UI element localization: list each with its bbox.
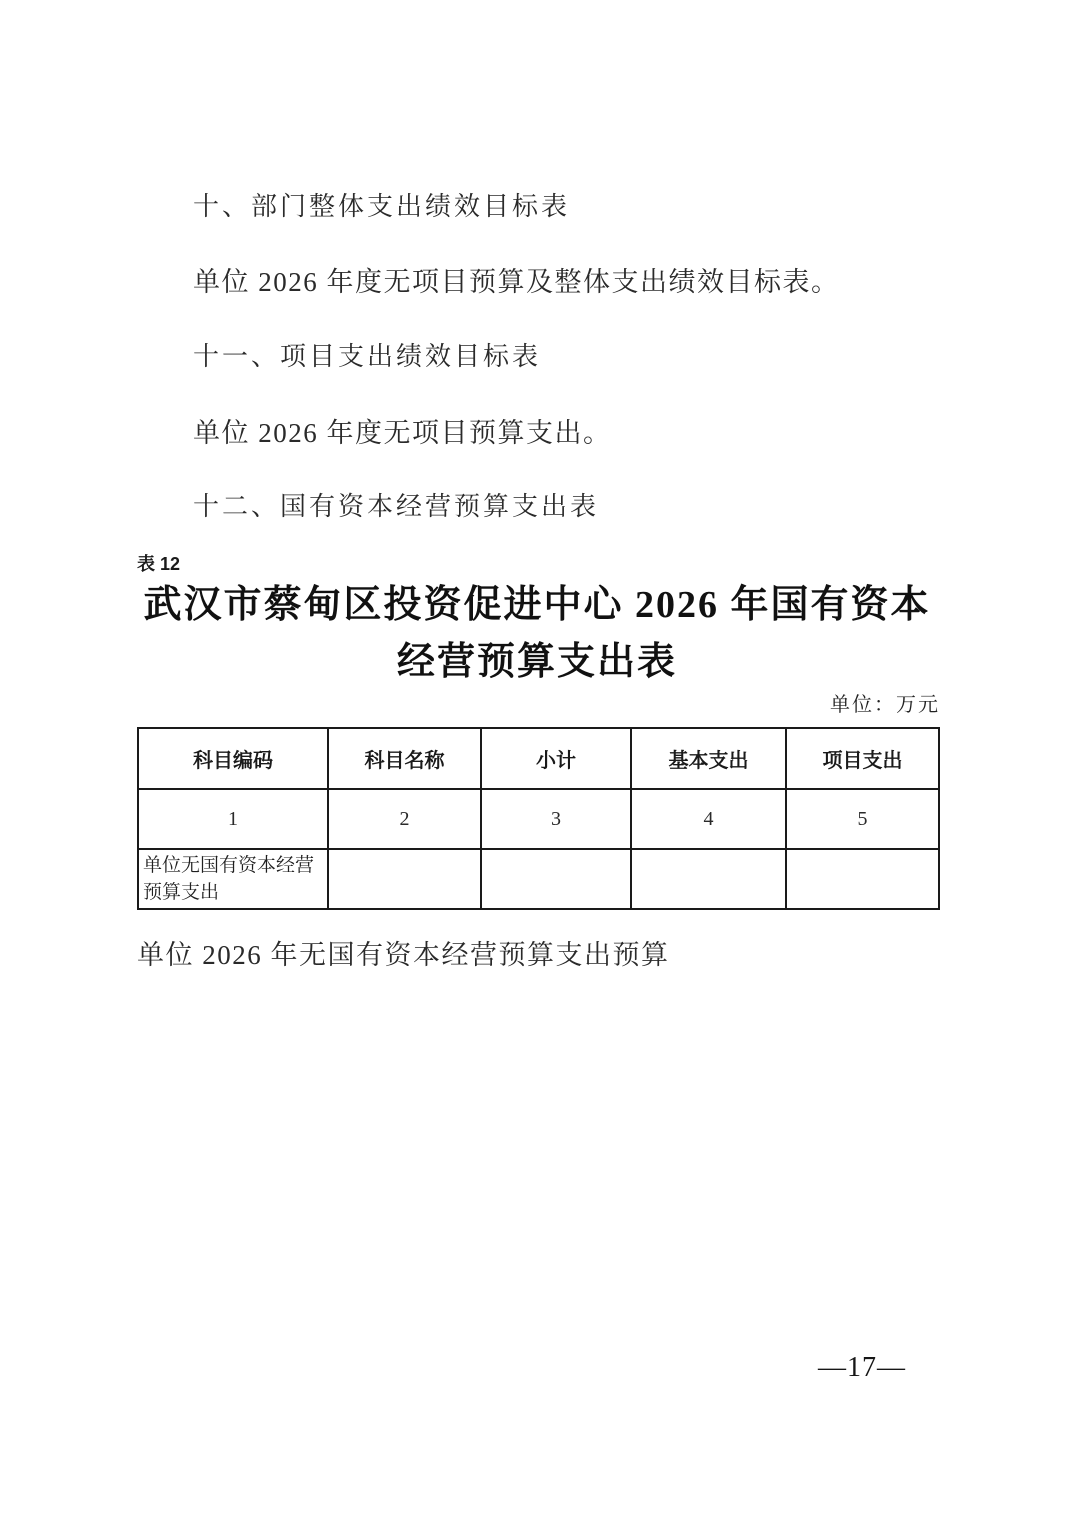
header-subject-name: 科目名称: [328, 728, 481, 789]
table-title-line2: 经营预算支出表: [0, 634, 1074, 691]
column-number-4: 4: [631, 789, 786, 849]
section-paragraph-11: 单位 2026 年度无项目预算支出。: [193, 411, 612, 450]
table-header-row: 科目编码 科目名称 小计 基本支出 项目支出: [138, 728, 939, 789]
document-page: 十、部门整体支出绩效目标表 单位 2026 年度无项目预算及整体支出绩效目标表。…: [0, 0, 1074, 1520]
cell-subject-code: 单位无国有资本经营预算支出: [138, 849, 328, 909]
section-heading-11: 十一、项目支出绩效目标表: [193, 336, 541, 373]
unit-note: 单位：万元: [830, 688, 940, 717]
budget-table: 科目编码 科目名称 小计 基本支出 项目支出 1 2 3 4 5 单位无国有资本…: [137, 727, 940, 910]
table-column-number-row: 1 2 3 4 5: [138, 789, 939, 849]
table-title: 武汉市蔡甸区投资促进中心 2026 年国有资本 经营预算支出表: [0, 577, 1074, 691]
page-number: —17—: [818, 1352, 906, 1384]
table-footnote: 单位 2026 年无国有资本经营预算支出预算: [137, 933, 670, 972]
column-number-5: 5: [786, 789, 939, 849]
cell-project-expense: [786, 849, 939, 909]
section-heading-10: 十、部门整体支出绩效目标表: [193, 186, 570, 223]
cell-subtotal: [481, 849, 631, 909]
cell-subject-name: [328, 849, 481, 909]
header-subject-code: 科目编码: [138, 728, 328, 789]
header-project-expense: 项目支出: [786, 728, 939, 789]
table-label: 表 12: [137, 550, 180, 576]
header-basic-expense: 基本支出: [631, 728, 786, 789]
column-number-3: 3: [481, 789, 631, 849]
section-heading-12: 十二、国有资本经营预算支出表: [193, 486, 599, 523]
column-number-1: 1: [138, 789, 328, 849]
column-number-2: 2: [328, 789, 481, 849]
section-paragraph-10: 单位 2026 年度无项目预算及整体支出绩效目标表。: [193, 260, 840, 299]
table-row: 单位无国有资本经营预算支出: [138, 849, 939, 909]
table-title-line1: 武汉市蔡甸区投资促进中心 2026 年国有资本: [0, 577, 1074, 634]
cell-basic-expense: [631, 849, 786, 909]
header-subtotal: 小计: [481, 728, 631, 789]
